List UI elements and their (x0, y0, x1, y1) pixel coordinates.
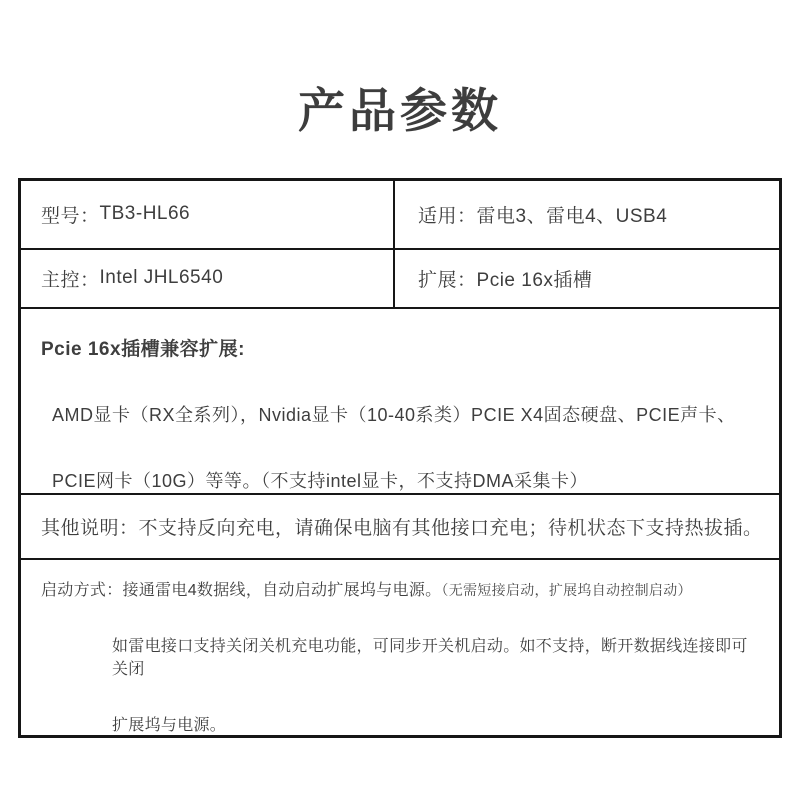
controller-label: 主控： (41, 265, 100, 292)
pcie-compat-line-1: AMD显卡（RX全系列），Nvidia显卡（10-40系类）PCIE X4固态硬… (41, 401, 759, 427)
startup-line-1-note: （无需短接启动，扩展坞自动控制启动） (441, 582, 691, 598)
expansion-label: 扩展： (418, 265, 477, 292)
controller-value: Intel JHL6540 (100, 267, 224, 289)
startup-line-3: 扩展坞与电源。 (112, 712, 761, 735)
page-title: 产品参数 (0, 0, 800, 138)
expansion-value: Pcie 16x插槽 (477, 265, 593, 292)
applicable-value: 雷电3、雷电4、USB4 (477, 201, 668, 228)
model-label: 型号： (41, 201, 100, 228)
startup-line-2: 如雷电接口支持关闭关机充电功能，可同步开关机启动。如不支持，断开数据线连接即可关… (112, 633, 761, 679)
pcie-compat-line-2: PCIE网卡（10G）等等。（不支持intel显卡，不支持DMA采集卡） (41, 467, 759, 493)
cell-controller: 主控：Intel JHL6540 (21, 250, 395, 307)
cell-expansion: 扩展：Pcie 16x插槽 (395, 250, 779, 307)
table-row-1: 型号：TB3-HL66 适用：雷电3、雷电4、USB4 (21, 181, 779, 248)
startup-line-1: 启动方式：接通雷电4数据线，自动启动扩展坞与电源。（无需短接启动，扩展坞自动控制… (41, 577, 761, 600)
product-spec-page: 产品参数 型号：TB3-HL66 适用：雷电3、雷电4、USB4 主控：Inte… (0, 0, 800, 800)
startup-row: 启动方式：接通雷电4数据线，自动启动扩展坞与电源。（无需短接启动，扩展坞自动控制… (21, 558, 779, 735)
applicable-label: 适用： (418, 201, 477, 228)
pcie-compat-section: Pcie 16x插槽兼容扩展: AMD显卡（RX全系列），Nvidia显卡（10… (21, 307, 779, 493)
pcie-compat-header: Pcie 16x插槽兼容扩展: (41, 334, 759, 361)
table-row-2: 主控：Intel JHL6540 扩展：Pcie 16x插槽 (21, 248, 779, 307)
startup-label: 启动方式： (41, 582, 123, 599)
other-notes-label: 其他说明： (41, 513, 139, 540)
cell-model: 型号：TB3-HL66 (21, 181, 395, 248)
model-value: TB3-HL66 (100, 203, 191, 225)
other-notes-row: 其他说明：不支持反向充电，请确保电脑有其他接口充电；待机状态下支持热拔插。 (21, 493, 779, 558)
spec-table: 型号：TB3-HL66 适用：雷电3、雷电4、USB4 主控：Intel JHL… (18, 178, 782, 738)
startup-line-1-text: 接通雷电4数据线，自动启动扩展坞与电源。 (123, 582, 442, 599)
other-notes-value: 不支持反向充电，请确保电脑有其他接口充电；待机状态下支持热拔插。 (139, 513, 763, 540)
cell-applicable: 适用：雷电3、雷电4、USB4 (395, 181, 779, 248)
